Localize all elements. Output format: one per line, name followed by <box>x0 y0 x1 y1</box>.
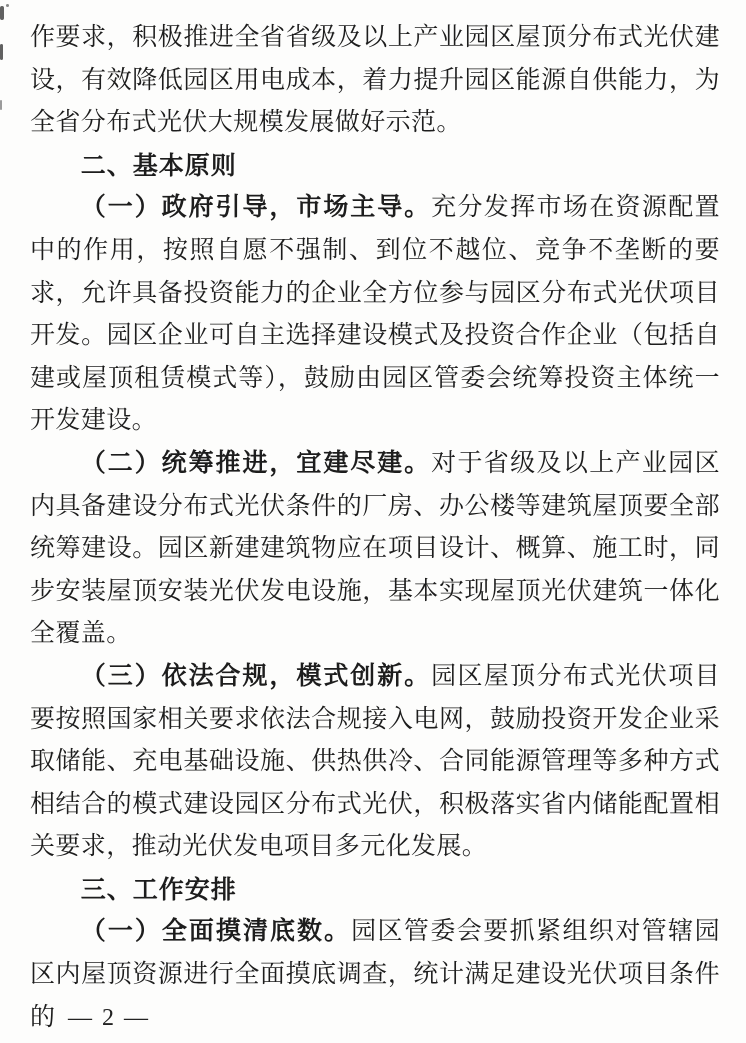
scan-artifact <box>6 4 9 7</box>
paragraph-principle-2: （二）统筹推进，宜建尽建。对于省级及以上产业园区内具备建设分布式光伏条件的厂房、… <box>30 443 720 656</box>
paragraph-text: 园区屋顶分布式光伏项目要按照国家相关要求依法合规接入电网，鼓励投资开发企业采取储… <box>30 663 720 860</box>
document-body: 作要求，积极推进全省省级及以上产业园区屋顶分布式光伏建设，有效降低园区用电成本，… <box>30 17 720 1039</box>
scan-artifact <box>0 44 3 60</box>
paragraph-lead: （三）依法合规，模式创新。 <box>81 663 431 690</box>
heading-text: 三、工作安排 <box>81 876 237 904</box>
paragraph-principle-1: （一）政府引导，市场主导。充分发挥市场在资源配置中的作用，按照自愿不强制、到位不… <box>30 187 720 443</box>
section-heading-work-arrangement: 三、工作安排 <box>30 869 720 912</box>
document-page: 作要求，积极推进全省省级及以上产业园区屋顶分布式光伏建设，有效降低园区用电成本，… <box>0 0 746 1043</box>
page-number: — 2 — <box>68 1005 150 1032</box>
paragraph-lead: （一）全面摸清底数。 <box>81 918 351 945</box>
scan-artifact <box>0 6 4 20</box>
paragraph-lead: （一）政府引导，市场主导。 <box>81 194 431 221</box>
paragraph-text: 作要求，积极推进全省省级及以上产业园区屋顶分布式光伏建设，有效降低园区用电成本，… <box>30 24 720 136</box>
paragraph-principle-3: （三）依法合规，模式创新。园区屋顶分布式光伏项目要按照国家相关要求依法合规接入电… <box>30 656 720 869</box>
paragraph-lead: （二）统筹推进，宜建尽建。 <box>81 450 431 477</box>
section-heading-basic-principles: 二、基本原则 <box>30 145 720 188</box>
paragraph-text: 对于省级及以上产业园区内具备建设分布式光伏条件的厂房、办公楼等建筑屋顶要全部统筹… <box>30 450 720 647</box>
paragraph-continuation: 作要求，积极推进全省省级及以上产业园区屋顶分布式光伏建设，有效降低园区用电成本，… <box>30 17 720 145</box>
scan-artifact <box>0 100 2 110</box>
heading-text: 二、基本原则 <box>81 152 237 180</box>
paragraph-text: 充分发挥市场在资源配置中的作用，按照自愿不强制、到位不越位、竞争不垄断的要求，允… <box>30 194 720 434</box>
